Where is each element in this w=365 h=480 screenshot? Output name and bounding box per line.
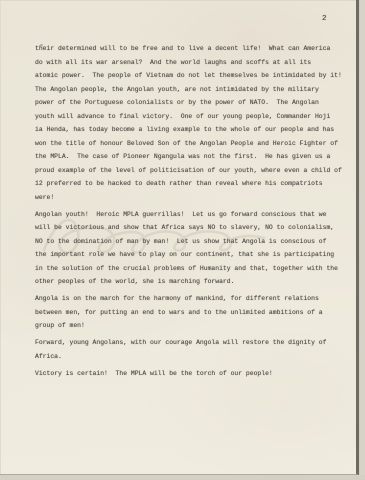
scan-bottom-edge [0, 475, 365, 480]
text-line: Forward, young Angolans, with our courag… [35, 336, 340, 350]
text-line: do with all its war arsenal? And the wor… [35, 56, 340, 70]
text-line: group of men! [35, 319, 340, 333]
text-line: other peoples of the world, she is march… [35, 275, 340, 289]
text-line: Africa. [35, 350, 340, 364]
scan-right-edge [360, 0, 365, 480]
scan-background: 2 their determined will to be free and t… [0, 0, 365, 480]
paragraph: Angola is on the march for the harmony o… [35, 292, 340, 333]
text-line: their determined will to be free and to … [35, 42, 340, 56]
text-line: were! [35, 191, 340, 205]
document-text: their determined will to be free and to … [35, 42, 340, 384]
text-line: atomic power. The people of Vietnam do n… [35, 69, 340, 83]
text-line: the MPLA. The case of Pioneer Ngangula w… [35, 150, 340, 164]
text-line: Angolan youth! Heroic MPLA guerrillas! L… [35, 208, 340, 222]
text-line: between men, for putting an end to wars … [35, 306, 340, 320]
text-line: Victory is certain! The MPLA will be the… [35, 367, 340, 381]
text-line: The Angolan people, the Angolan youth, a… [35, 83, 340, 97]
text-line: will be victorious and show that Africa … [35, 221, 340, 235]
document-page: 2 their determined will to be free and t… [0, 0, 359, 475]
text-line: proud example of the level of politicisa… [35, 164, 340, 178]
paragraph: Victory is certain! The MPLA will be the… [35, 367, 340, 381]
text-line: NO to the domination of man by man! Let … [35, 235, 340, 249]
text-line: power of the Portuguese colonialists or … [35, 96, 340, 110]
text-line: Angola is on the march for the harmony o… [35, 292, 340, 306]
text-line: youth will advance to final victory. One… [35, 110, 340, 124]
paragraph: Forward, young Angolans, with our courag… [35, 336, 340, 363]
text-line: won the title of honour Beloved Son of t… [35, 137, 340, 151]
text-line: the important role we have to play on ou… [35, 248, 340, 262]
text-line: 12 preferred to be hacked to death rathe… [35, 177, 340, 191]
text-line: in the solution of the crucial problems … [35, 262, 340, 276]
text-line: ia Henda, has today become a living exam… [35, 123, 340, 137]
paragraph: their determined will to be free and to … [35, 42, 340, 204]
page-number: 2 [322, 15, 327, 23]
paragraph: Angolan youth! Heroic MPLA guerrillas! L… [35, 208, 340, 289]
